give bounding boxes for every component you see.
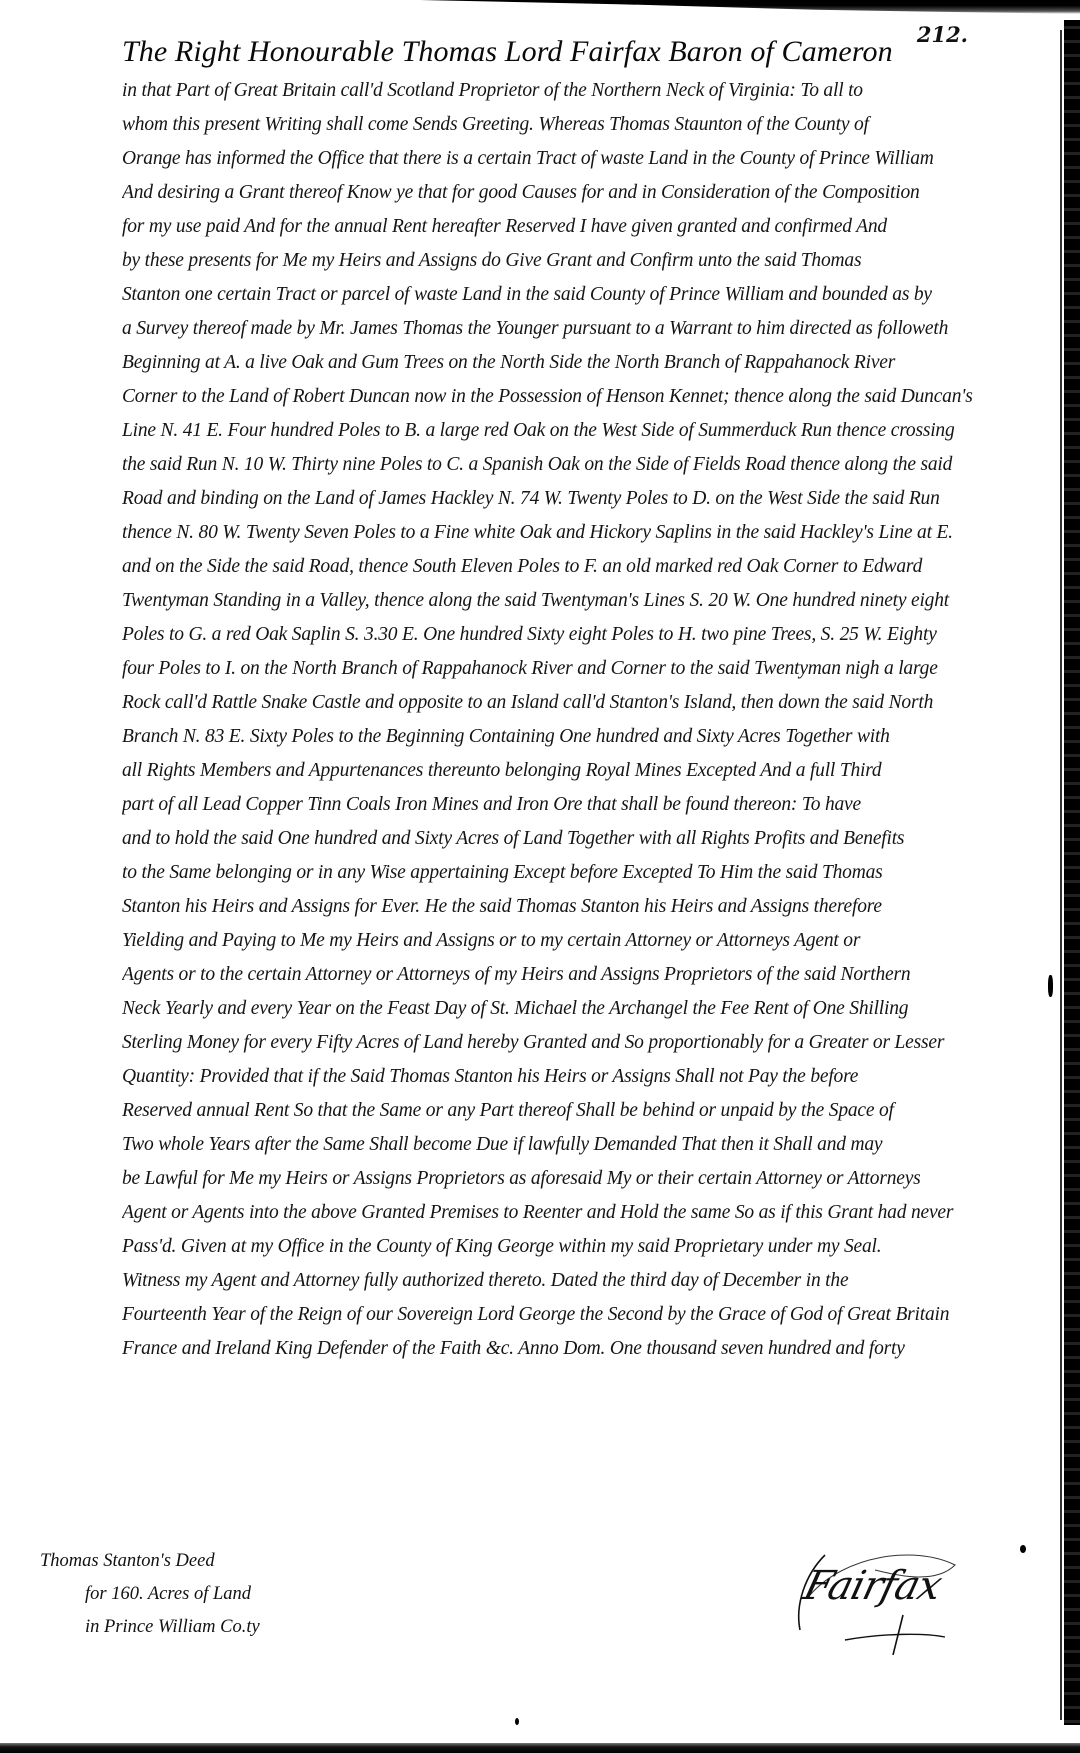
- deed-line: Orange has informed the Office that ther…: [122, 142, 1042, 176]
- deed-line: Quantity: Provided that if the Said Thom…: [122, 1060, 1042, 1094]
- docket-line: Thomas Stanton's Deed: [40, 1545, 260, 1578]
- ink-spot: [515, 1718, 519, 1725]
- deed-line: Line N. 41 E. Four hundred Poles to B. a…: [122, 414, 1042, 448]
- deed-line: Twentyman Standing in a Valley, thence a…: [122, 584, 1042, 618]
- deed-line: a Survey thereof made by Mr. James Thoma…: [122, 312, 1042, 346]
- deed-line: Two whole Years after the Same Shall bec…: [122, 1128, 1042, 1162]
- ink-spot: [1020, 1545, 1026, 1553]
- scan-edge-bottom: [0, 1743, 1080, 1753]
- deed-line: four Poles to I. on the North Branch of …: [122, 652, 1042, 686]
- deed-line: the said Run N. 10 W. Thirty nine Poles …: [122, 448, 1042, 482]
- deed-line: Neck Yearly and every Year on the Feast …: [122, 992, 1042, 1026]
- deed-line: Corner to the Land of Robert Duncan now …: [122, 380, 1042, 414]
- signature-text: Fairfax: [799, 1563, 945, 1609]
- deed-line: Poles to G. a red Oak Saplin S. 3.30 E. …: [122, 618, 1042, 652]
- deed-line: Beginning at A. a live Oak and Gum Trees…: [122, 346, 1042, 380]
- deed-line: all Rights Members and Appurtenances the…: [122, 754, 1042, 788]
- deed-line: Stanton one certain Tract or parcel of w…: [122, 278, 1042, 312]
- deed-line: Road and binding on the Land of James Ha…: [122, 482, 1042, 516]
- ink-spot: [1048, 975, 1053, 997]
- deed-line-heading: The Right Honourable Thomas Lord Fairfax…: [122, 30, 1042, 74]
- signature: Fairfax: [785, 1545, 985, 1655]
- scan-edge-top: [420, 0, 1080, 14]
- deed-body: The Right Honourable Thomas Lord Fairfax…: [122, 30, 1042, 1366]
- deed-line: Pass'd. Given at my Office in the County…: [122, 1230, 1042, 1264]
- deed-line: in that Part of Great Britain call'd Sco…: [122, 74, 1042, 108]
- page-border-right: [1060, 30, 1062, 1720]
- deed-line: part of all Lead Copper Tinn Coals Iron …: [122, 788, 1042, 822]
- deed-line: whom this present Writing shall come Sen…: [122, 108, 1042, 142]
- deed-line: Branch N. 83 E. Sixty Poles to the Begin…: [122, 720, 1042, 754]
- deed-line: for my use paid And for the annual Rent …: [122, 210, 1042, 244]
- deed-line: Witness my Agent and Attorney fully auth…: [122, 1264, 1042, 1298]
- deed-line: and to hold the said One hundred and Six…: [122, 822, 1042, 856]
- deed-line: to the Same belonging or in any Wise app…: [122, 856, 1042, 890]
- deed-line: Agent or Agents into the above Granted P…: [122, 1196, 1042, 1230]
- deed-line: Stanton his Heirs and Assigns for Ever. …: [122, 890, 1042, 924]
- deed-line: Fourteenth Year of the Reign of our Sove…: [122, 1298, 1042, 1332]
- deed-line: Rock call'd Rattle Snake Castle and oppo…: [122, 686, 1042, 720]
- deed-line: France and Ireland King Defender of the …: [122, 1332, 1042, 1366]
- deed-line: thence N. 80 W. Twenty Seven Poles to a …: [122, 516, 1042, 550]
- deed-line: and on the Side the said Road, thence So…: [122, 550, 1042, 584]
- scan-edge-right: [1064, 20, 1080, 1725]
- deed-line: Yielding and Paying to Me my Heirs and A…: [122, 924, 1042, 958]
- deed-line: be Lawful for Me my Heirs or Assigns Pro…: [122, 1162, 1042, 1196]
- deed-line: Sterling Money for every Fifty Acres of …: [122, 1026, 1042, 1060]
- deed-line: And desiring a Grant thereof Know ye tha…: [122, 176, 1042, 210]
- docket-line: in Prince William Co.ty: [40, 1611, 260, 1644]
- deed-line: Agents or to the certain Attorney or Att…: [122, 958, 1042, 992]
- deed-line: Reserved annual Rent So that the Same or…: [122, 1094, 1042, 1128]
- docket-note: Thomas Stanton's Deed for 160. Acres of …: [40, 1545, 260, 1644]
- docket-line: for 160. Acres of Land: [40, 1578, 260, 1611]
- deed-line: by these presents for Me my Heirs and As…: [122, 244, 1042, 278]
